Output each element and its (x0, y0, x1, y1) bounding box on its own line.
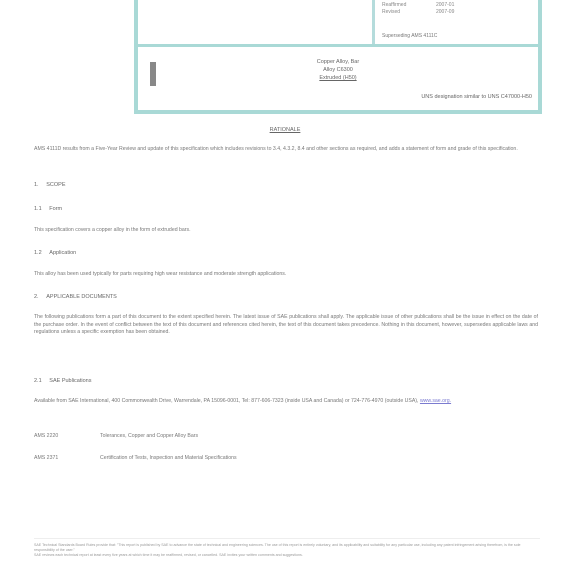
section-application: 1.2 Application (34, 250, 76, 256)
page-footer: SAE Technical Standards Board Rules prov… (34, 538, 540, 558)
title-line: Extruded (H50) (138, 74, 538, 82)
sae-website-link[interactable]: www.sae.org. (420, 398, 451, 404)
section-sae-publications: 2.1 SAE Publications (34, 378, 92, 384)
section-scope: 1. SCOPE (34, 182, 66, 188)
application-text: This alloy has been used typically for p… (34, 271, 538, 279)
document-title: Copper Alloy, Bar Alloy C6300 Extruded (… (138, 58, 538, 82)
doc-ref-code: AMS 2371 (34, 455, 100, 461)
doc-ref-row: AMS 2371 Certification of Tests, Inspect… (34, 455, 237, 461)
section-number: 2.1 (34, 378, 42, 384)
rationale-text: AMS 4111D results from a Five-Year Revie… (34, 146, 538, 154)
section-number: 1.2 (34, 250, 42, 256)
title-line: Alloy C6300 (138, 66, 538, 74)
superseding-note: Superseding AMS 4111C (382, 33, 437, 39)
date-row: Reaffirmed 2007-01 (382, 2, 454, 9)
title-line: Copper Alloy, Bar (138, 58, 538, 66)
doc-ref-title: Certification of Tests, Inspection and M… (100, 455, 237, 461)
sae-publications-text: Available from SAE International, 400 Co… (34, 398, 538, 406)
footer-line: SAE reviews each technical report at lea… (34, 553, 540, 558)
section-title: Form (49, 206, 62, 212)
date-row: Revised 2007-09 (382, 9, 454, 16)
date-label: Reaffirmed (382, 2, 422, 9)
section-title: APPLICABLE DOCUMENTS (46, 294, 117, 300)
document-header-box: Reaffirmed 2007-01 Revised 2007-09 Super… (134, 0, 542, 114)
date-value: 2007-01 (436, 2, 454, 9)
section-applicable-documents: 2. APPLICABLE DOCUMENTS (34, 294, 117, 300)
date-label: Revised (382, 9, 422, 16)
revision-dates: Reaffirmed 2007-01 Revised 2007-09 (382, 2, 454, 16)
doc-ref-code: AMS 2220 (34, 433, 100, 439)
section-number: 2. (34, 294, 39, 300)
section-title: Application (49, 250, 76, 256)
sae-address: Available from SAE International, 400 Co… (34, 398, 418, 404)
section-number: 1. (34, 182, 39, 188)
header-top-left-cell (138, 0, 375, 44)
header-top-row: Reaffirmed 2007-01 Revised 2007-09 Super… (138, 0, 538, 47)
form-text: This specification covers a copper alloy… (34, 227, 538, 235)
section-form: 1.1 Form (34, 206, 62, 212)
rationale-heading: RATIONALE (0, 127, 570, 133)
section-title: SCOPE (46, 182, 65, 188)
footer-line: SAE Technical Standards Board Rules prov… (34, 543, 540, 553)
uns-designation: UNS designation similar to UNS C47000-H5… (421, 94, 532, 100)
section-number: 1.1 (34, 206, 42, 212)
doc-ref-row: AMS 2220 Tolerances, Copper and Copper A… (34, 433, 198, 439)
doc-ref-title: Tolerances, Copper and Copper Alloy Bars (100, 433, 198, 439)
applicable-documents-text: The following publications form a part o… (34, 314, 538, 337)
section-title: SAE Publications (49, 378, 91, 384)
date-value: 2007-09 (436, 9, 454, 16)
